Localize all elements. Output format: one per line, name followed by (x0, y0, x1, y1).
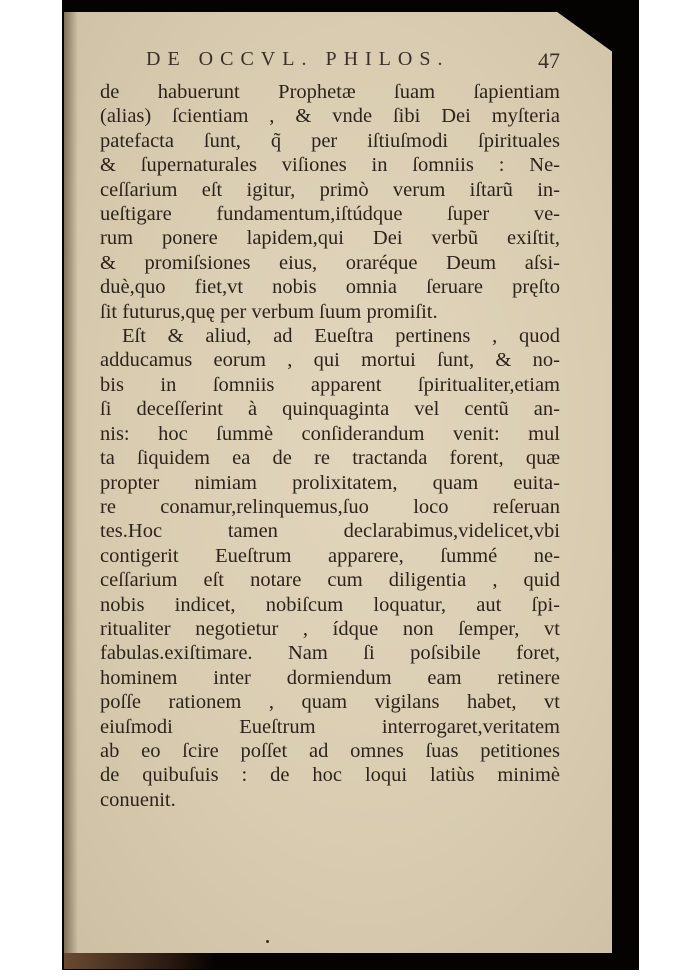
text-line: ueſtigare fundamentum,iſtúdque ſuper ve- (100, 202, 560, 226)
text-line: nis: hoc ſummè conſiderandum venit: mul (100, 422, 560, 446)
text-line: ritualiter negotietur , ídque non ſemper… (100, 617, 560, 641)
text-line: eiuſmodi Eueſtrum interrogaret,veritatem (100, 715, 560, 739)
running-head: DE OCCVL. PHILOS. 47 (146, 48, 546, 71)
text-line: nobis indicet, nobiſcum loquatur, aut ſp… (100, 593, 560, 617)
text-line: ceſſarium eſt notare cum diligentia , qu… (100, 568, 560, 592)
text-line: fabulas.exiſtimare. Nam ſi poſsibile for… (100, 641, 560, 665)
text-line: & promiſsiones eius, oraréque Deum aſsi- (100, 251, 560, 275)
text-line: rum ponere lapidem,qui Dei verbũ exiſtit… (100, 226, 560, 250)
text-line: patefacta ſunt, q̃ per iſtiuſmodi ſpirit… (100, 129, 560, 153)
page-number: 47 (538, 48, 560, 74)
text-line: adducamus eorum , qui mortui ſunt, & no- (100, 348, 560, 372)
text-line: ab eo ſcire poſſet ad omnes ſuas petitio… (100, 739, 560, 763)
text-line: ceſſarium eſt igitur, primò verum iſtarũ… (100, 178, 560, 202)
text-line: duè,quo fiet,vt nobis omnia ſeruare pręſ… (100, 275, 560, 299)
text-line: re conamur,relinquemus,ſuo loco reſeruan (100, 495, 560, 519)
text-line: ſit futurus,quę per verbum ſuum promiſit… (100, 300, 560, 324)
running-head-title: DE OCCVL. PHILOS. (146, 48, 449, 70)
spine-shadow (64, 12, 78, 953)
text-line: bis in ſomniis apparent ſpiritualiter,et… (100, 373, 560, 397)
text-line: tes.Hoc tamen declarabimus,videlicet,vbi (100, 519, 560, 543)
text-line: & ſupernaturales viſiones in ſomniis : N… (100, 153, 560, 177)
text-line: de quibuſuis : de hoc loqui latiùs minim… (100, 763, 560, 787)
text-line: poſſe rationem , quam vigilans habet, vt (100, 690, 560, 714)
text-line: propter nimiam prolixitatem, quam euita- (100, 471, 560, 495)
text-line: de habuerunt Prophetæ ſuam ſapientiam (100, 80, 560, 104)
text-line: hominem inter dormiendum eam retinere (100, 666, 560, 690)
book-page: DE OCCVL. PHILOS. 47 de habuerunt Prophe… (64, 12, 612, 953)
binding-edge (64, 953, 214, 969)
text-line: Eſt & aliud, ad Eueſtra pertinens , quod (100, 324, 560, 348)
text-line: contigerit Eueſtrum apparere, ſummé ne- (100, 544, 560, 568)
body-text: de habuerunt Prophetæ ſuam ſapientiam (a… (100, 80, 560, 812)
text-line: ſi deceſſerint à quinquaginta vel centũ … (100, 397, 560, 421)
ink-speck (266, 940, 269, 943)
text-line: conuenit. (100, 788, 560, 812)
text-line: ta ſiquidem ea de re tractanda forent, q… (100, 446, 560, 470)
text-line: (alias) ſcientiam , & vnde ſibi Dei myſt… (100, 104, 560, 128)
